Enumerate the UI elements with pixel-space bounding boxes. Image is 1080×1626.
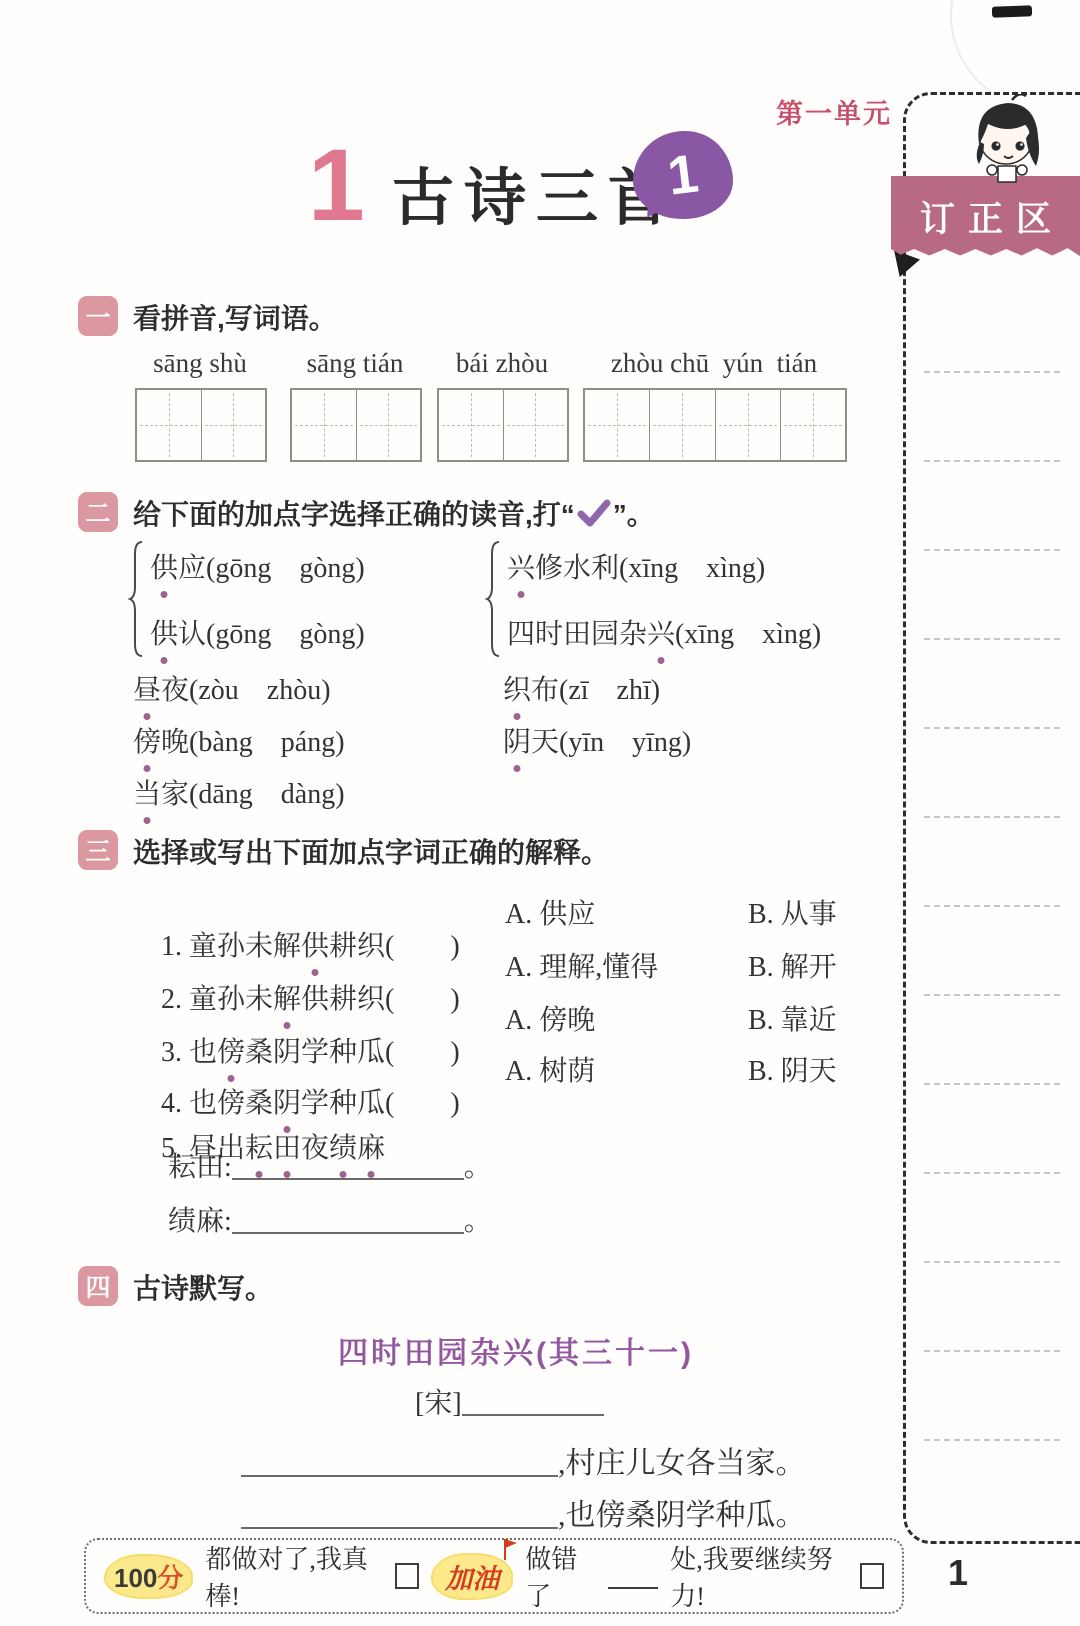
correction-line (924, 460, 1060, 462)
writing-grid (437, 388, 569, 462)
correction-line (924, 1439, 1060, 1441)
option-a[interactable]: A. 供应 (505, 892, 595, 932)
verse-blank[interactable] (241, 1444, 558, 1477)
retry-text-pre: 做错了 (525, 1539, 595, 1613)
pronunciation-item[interactable]: 四时田园杂兴(xīng xìng) (507, 612, 821, 652)
praise-text: 都做对了,我真棒! (205, 1539, 383, 1613)
fill-in-row: 耘田:。 (168, 1145, 492, 1185)
poem-title: 四时田园杂兴(其三十一) (133, 1328, 899, 1372)
retry-checkbox[interactable] (860, 1563, 884, 1589)
correction-line (924, 371, 1060, 373)
correction-area-label: 订正区 (910, 192, 1064, 242)
pronunciation-group-left: 供应(gōng gòng) 供认(gōng gòng) (128, 540, 365, 658)
unit-label: 第一单元 (776, 92, 892, 131)
correction-line (924, 1350, 1060, 1352)
correction-line (924, 994, 1060, 996)
writing-grid (135, 388, 267, 462)
self-check-footer: 100分 都做对了,我真棒! 加油 做错了 处,我要继续努力! (84, 1538, 904, 1614)
correction-line (924, 1261, 1060, 1263)
lesson-number: 1 (308, 134, 365, 236)
error-count-blank[interactable] (608, 1563, 659, 1589)
pinyin-label: bái zhòu (437, 348, 567, 379)
verse-blank[interactable] (241, 1496, 558, 1529)
cheer-badge: 加油 (431, 1553, 513, 1600)
writing-cell[interactable] (585, 390, 650, 460)
section-two-heading: 给下面的加点字选择正确的读音,打“”。 (133, 493, 655, 533)
pinyin-label: sāng tián (290, 348, 420, 379)
section-badge-three: 三 (78, 830, 118, 870)
pinyin-grid-area: sāng shù sāng tián bái zhòu zhòu chū yún… (135, 348, 847, 468)
writing-cell[interactable] (137, 390, 202, 460)
pronunciation-item[interactable]: 织布(zī zhī) (503, 668, 660, 708)
page-number: 1 (948, 1552, 968, 1594)
option-a[interactable]: A. 理解,懂得 (505, 945, 658, 985)
workbook-page: 第一单元 1 古诗三首 1 订正区 一 看拼音,写词语。 sāng shù sā… (0, 0, 1080, 1626)
check-mark-icon (577, 499, 611, 527)
writing-cell[interactable] (292, 390, 357, 460)
pinyin-label: sāng shù (135, 348, 265, 379)
option-b[interactable]: B. 从事 (748, 892, 837, 932)
red-flag-icon (501, 1537, 521, 1561)
answer-blank[interactable] (232, 1203, 464, 1234)
answer-blank[interactable] (232, 1149, 464, 1180)
writing-grid (583, 388, 847, 462)
option-b[interactable]: B. 靠近 (748, 998, 837, 1038)
pronunciation-item[interactable]: 供应(gōng gòng) (150, 546, 365, 586)
correction-line (924, 549, 1060, 551)
speech-bubble-badge: 1 (633, 131, 733, 219)
section-badge-one: 一 (78, 296, 118, 336)
writing-cell[interactable] (357, 390, 421, 460)
score-badge: 100分 (104, 1554, 193, 1599)
author-blank[interactable] (462, 1385, 604, 1416)
writing-cell[interactable] (650, 390, 715, 460)
writing-cell[interactable] (439, 390, 504, 460)
option-b[interactable]: B. 阴天 (748, 1049, 837, 1089)
writing-cell[interactable] (202, 390, 266, 460)
pronunciation-item[interactable]: 傍晚(bàng páng) (133, 720, 345, 760)
poem-line-1: ,村庄儿女各当家。 (241, 1438, 806, 1482)
praise-checkbox[interactable] (395, 1563, 419, 1589)
correction-line (924, 816, 1060, 818)
correction-line (924, 1083, 1060, 1085)
section-badge-two: 二 (78, 492, 118, 532)
section-three-heading: 选择或写出下面加点字词正确的解释。 (133, 831, 609, 871)
curly-brace-icon (128, 540, 144, 658)
curly-brace-icon (485, 540, 501, 658)
poem-line-2: ,也傍桑阴学种瓜。 (241, 1490, 806, 1534)
section-one-heading: 看拼音,写词语。 (133, 297, 337, 337)
option-a[interactable]: A. 傍晚 (505, 998, 595, 1038)
cartoon-girl-icon (946, 94, 1072, 186)
writing-cell[interactable] (504, 390, 568, 460)
fill-in-row: 绩麻:。 (168, 1199, 492, 1239)
pronunciation-item[interactable]: 兴修水利(xīng xìng) (507, 546, 821, 586)
correction-line (924, 638, 1060, 640)
option-b[interactable]: B. 解开 (748, 945, 837, 985)
correction-line (924, 727, 1060, 729)
writing-cell[interactable] (716, 390, 781, 460)
option-a[interactable]: A. 树荫 (505, 1049, 595, 1089)
correction-area-banner: 订正区 (891, 176, 1080, 258)
correction-area-panel[interactable] (903, 92, 1080, 1544)
bubble-number: 1 (664, 142, 701, 207)
retry-text-post: 处,我要继续努力! (670, 1539, 848, 1613)
correction-line (924, 905, 1060, 907)
correction-line (924, 1172, 1060, 1174)
poem-author-row: [宋] (415, 1381, 604, 1421)
writing-cell[interactable] (781, 390, 845, 460)
section-four-heading: 古诗默写。 (133, 1267, 273, 1307)
pronunciation-item[interactable]: 当家(dāng dàng) (133, 772, 345, 812)
writing-grid (290, 388, 422, 462)
pronunciation-item[interactable]: 昼夜(zòu zhòu) (133, 668, 331, 708)
pronunciation-item[interactable]: 供认(gōng gòng) (150, 612, 365, 652)
section-badge-four: 四 (78, 1266, 118, 1306)
pronunciation-item[interactable]: 阴天(yīn yīng) (503, 720, 691, 760)
pronunciation-group-right: 兴修水利(xīng xìng) 四时田园杂兴(xīng xìng) (485, 540, 821, 658)
pinyin-label: zhòu chū yún tián (583, 348, 845, 379)
